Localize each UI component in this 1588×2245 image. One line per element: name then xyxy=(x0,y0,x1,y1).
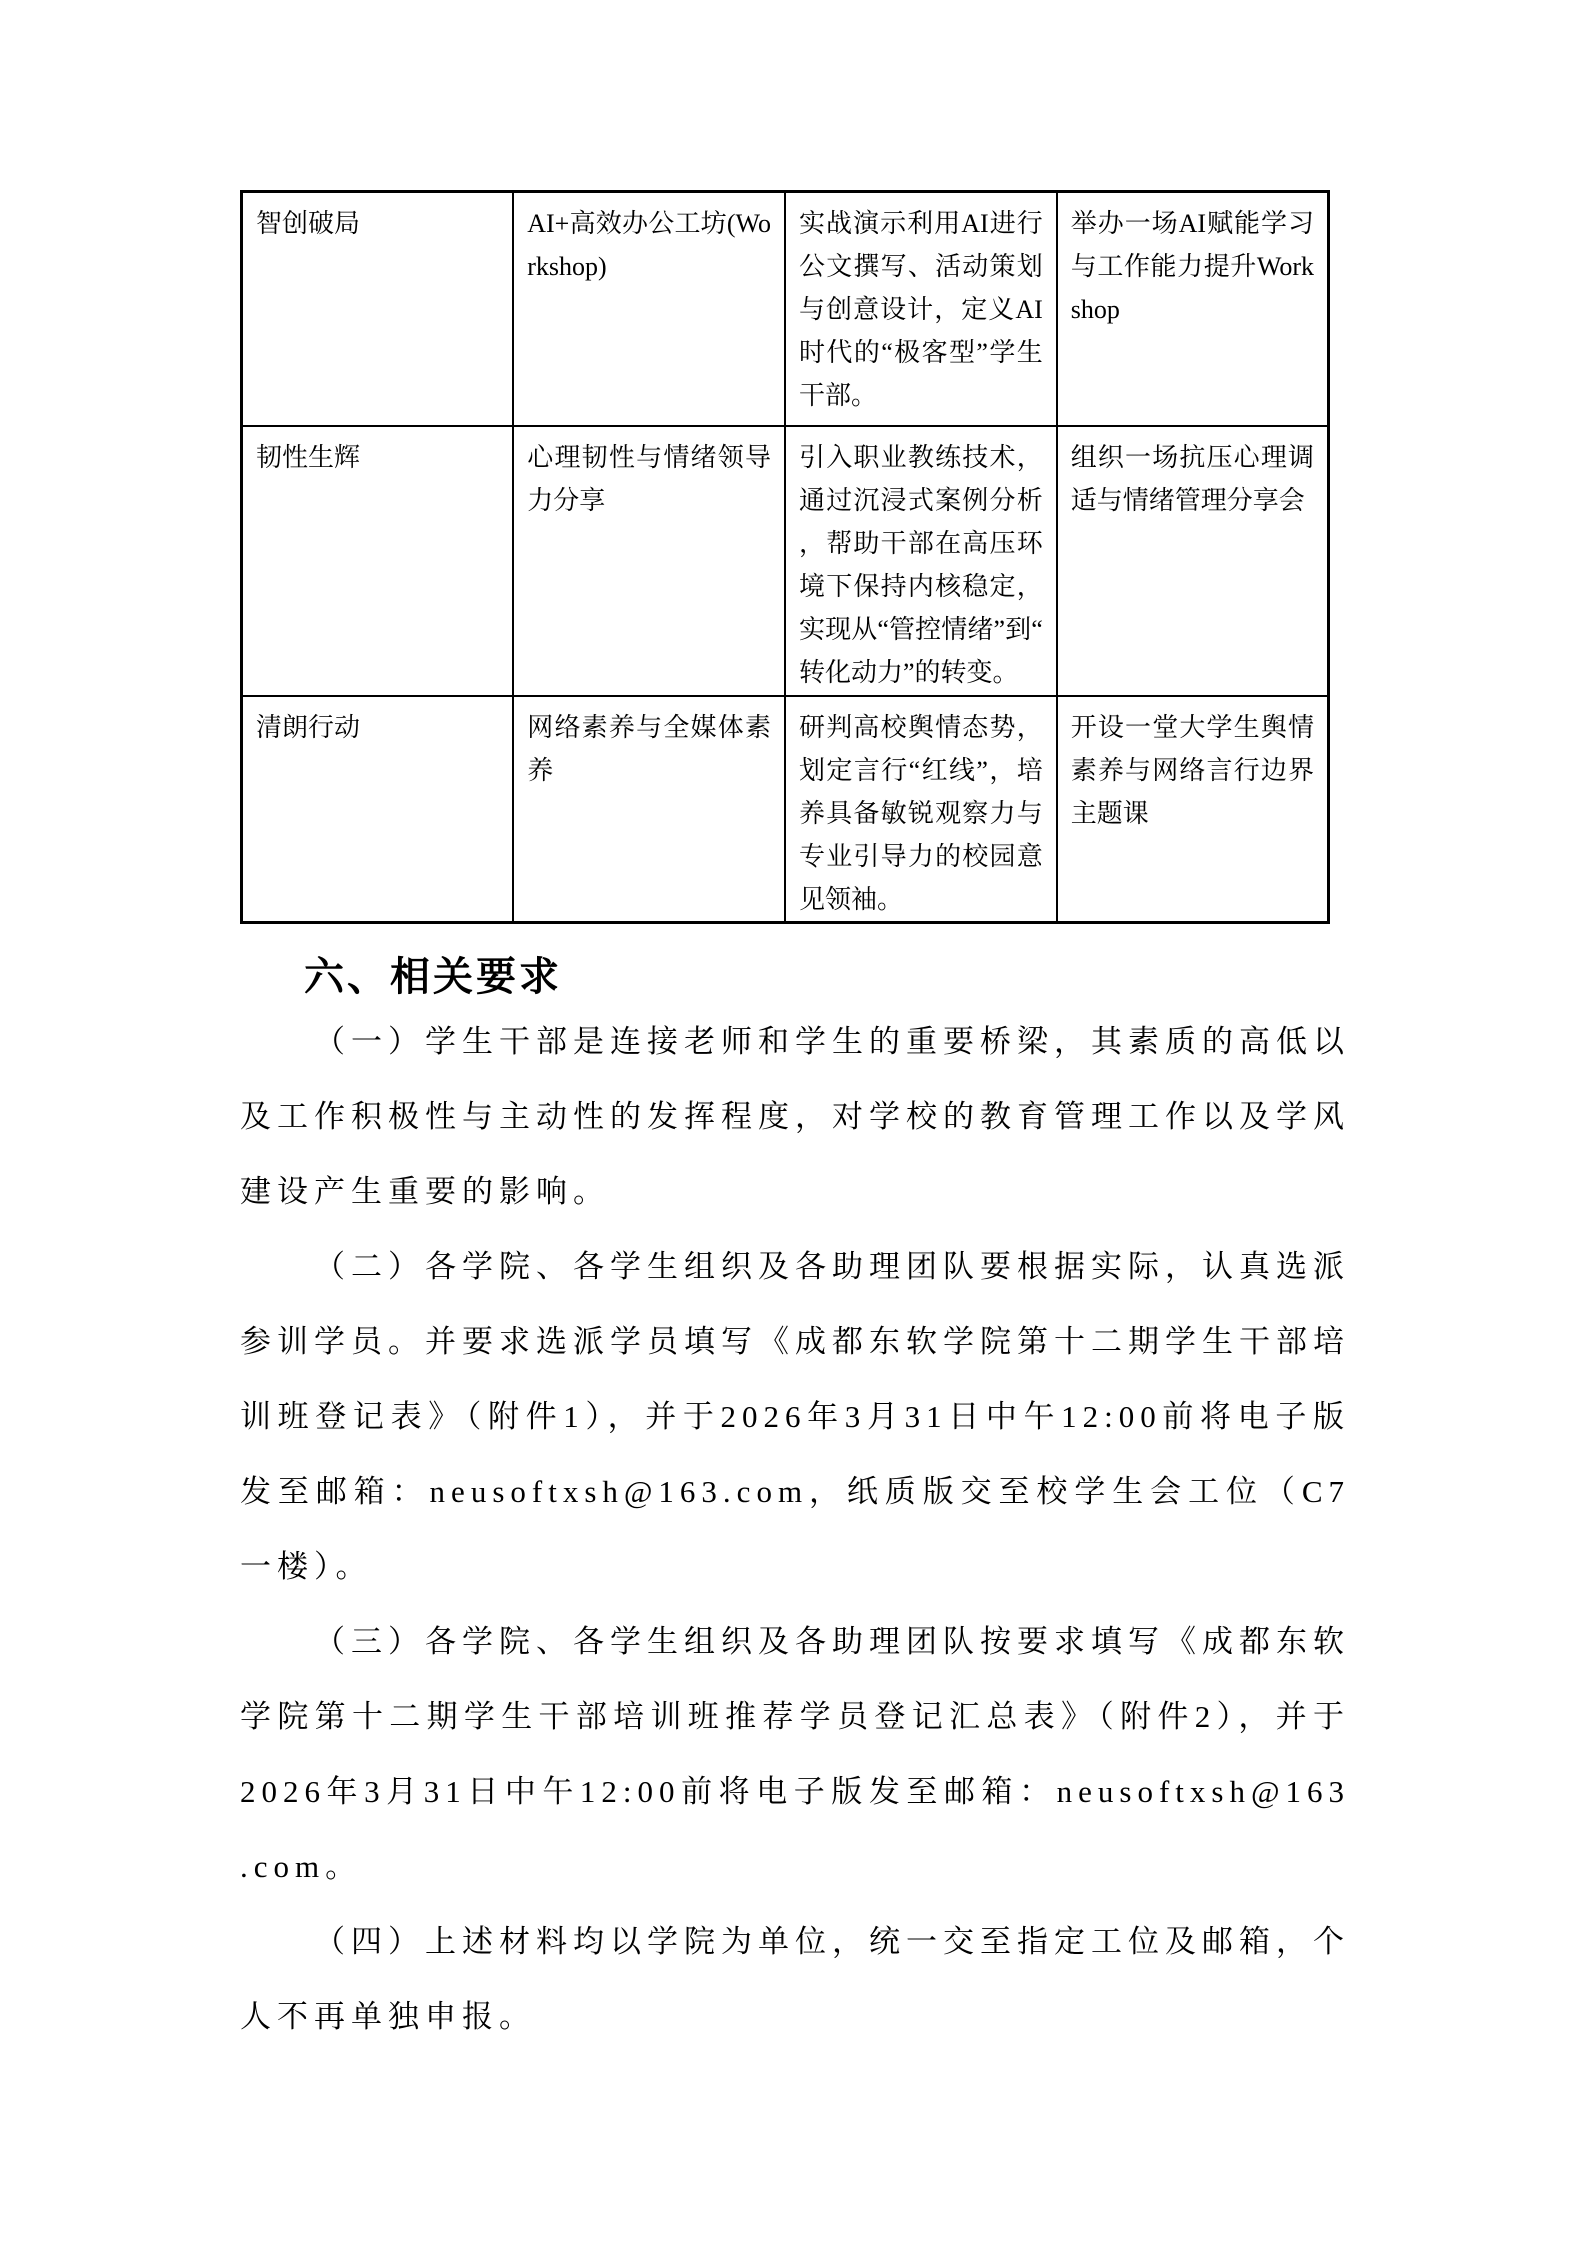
paragraph-requirement-1: （一）学生干部是连接老师和学生的重要桥梁，其素质的高低以及工作积极性与主动性的发… xyxy=(240,1004,1350,1229)
cell-module-name: 韧性生辉 xyxy=(242,426,514,696)
cell-course-description: 研判高校舆情态势，划定言行“红线”，培养具备敏锐观察力与专业引导力的校园意见领袖… xyxy=(785,696,1057,923)
cell-course-title: 网络素养与全媒体素养 xyxy=(513,696,785,923)
cell-course-output: 组织一场抗压心理调适与情绪管理分享会 xyxy=(1057,426,1329,696)
table-row: 智创破局 AI+高效办公工坊(Workshop) 实战演示利用AI进行公文撰写、… xyxy=(242,192,1329,426)
section-heading: 六、相关要求 xyxy=(304,950,1350,1004)
cell-course-title: 心理韧性与情绪领导力分享 xyxy=(513,426,785,696)
cell-module-name: 智创破局 xyxy=(242,192,514,426)
cell-course-description: 实战演示利用AI进行公文撰写、活动策划与创意设计，定义AI时代的“极客型”学生干… xyxy=(785,192,1057,426)
cell-course-output: 举办一场AI赋能学习与工作能力提升Workshop xyxy=(1057,192,1329,426)
cell-course-output: 开设一堂大学生舆情素养与网络言行边界主题课 xyxy=(1057,696,1329,923)
paragraph-requirement-4: （四）上述材料均以学院为单位，统一交至指定工位及邮箱，个人不再单独申报。 xyxy=(240,1904,1350,2054)
document-content: 智创破局 AI+高效办公工坊(Workshop) 实战演示利用AI进行公文撰写、… xyxy=(240,190,1350,2054)
paragraph-requirement-2: （二）各学院、各学生组织及各助理团队要根据实际，认真选派参训学员。并要求选派学员… xyxy=(240,1229,1350,1604)
table-row: 清朗行动 网络素养与全媒体素养 研判高校舆情态势，划定言行“红线”，培养具备敏锐… xyxy=(242,696,1329,923)
table-row: 韧性生辉 心理韧性与情绪领导力分享 引入职业教练技术，通过沉浸式案例分析，帮助干… xyxy=(242,426,1329,696)
paragraph-requirement-3: （三）各学院、各学生组织及各助理团队按要求填写《成都东软学院第十二期学生干部培训… xyxy=(240,1604,1350,1904)
training-modules-table: 智创破局 AI+高效办公工坊(Workshop) 实战演示利用AI进行公文撰写、… xyxy=(240,190,1330,924)
cell-course-title: AI+高效办公工坊(Workshop) xyxy=(513,192,785,426)
cell-module-name: 清朗行动 xyxy=(242,696,514,923)
document-page: 智创破局 AI+高效办公工坊(Workshop) 实战演示利用AI进行公文撰写、… xyxy=(0,0,1588,2245)
cell-course-description: 引入职业教练技术，通过沉浸式案例分析，帮助干部在高压环境下保持内核稳定，实现从“… xyxy=(785,426,1057,696)
